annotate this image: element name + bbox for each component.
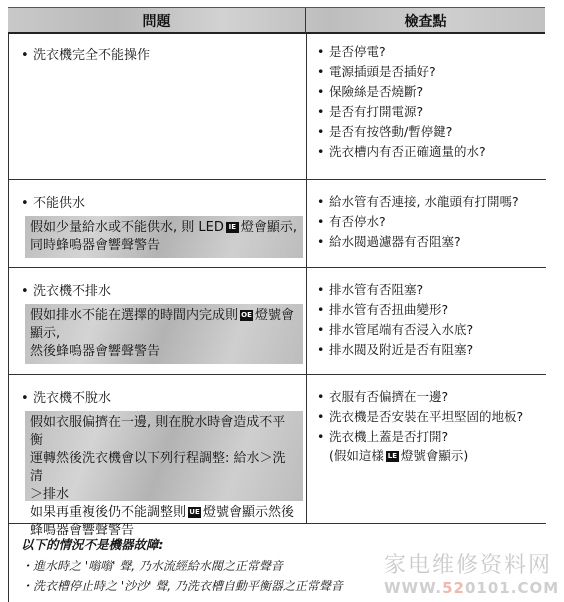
bullet-icon: • [317,280,329,300]
table-header: 問題 檢查點 [8,7,545,34]
check-item: •洗衣槽内有否正確適量的水? [317,142,486,162]
bullet-icon: • [317,300,329,320]
troubleshooting-table: •洗衣機完全不能操作 •是否停電? •電源插頭是否插好? •保險絲是否燒斷? •… [8,34,545,524]
bullet-icon: • [317,407,329,427]
check-item: •洗衣機上蓋是否打開? [317,427,523,447]
bullet-icon: • [317,387,329,407]
check-item: •排水閥及附近是否有阻塞? [317,340,473,360]
check-cell: •衣服有否偏擠在一邊? •洗衣機是否安裝在平坦堅固的地板? •洗衣機上蓋是否打開… [307,375,546,523]
check-item: •保險絲是否燒斷? [317,82,486,102]
watermark: 家电维修资料网 WWW.520101.COM [384,548,564,597]
check-item: •電源插頭是否插好? [317,62,486,82]
problem-title: •洗衣機完全不能操作 [21,44,150,63]
check-item: •衣服有否偏擠在一邊? [317,387,523,407]
problem-cell: •洗衣機不脫水 假如衣服偏擠在一邊, 則在脫水時會造成不平衡 運轉然後洗衣機會以… [9,375,306,523]
check-item: •給水管有否連接, 水龍頭有打開嗎? [317,192,519,212]
check-list: •是否停電? •電源插頭是否插好? •保險絲是否燒斷? •是否有打開電源? •是… [317,42,486,162]
bullet-icon: • [317,102,329,122]
check-cell: •是否停電? •電源插頭是否插好? •保險絲是否燒斷? •是否有打開電源? •是… [307,34,546,179]
note-heading: 以下的情況不是機器故障: [21,535,164,553]
check-item: •洗衣機是否安裝在平坦堅固的地板? [317,407,523,427]
check-sub-note: (假如這樣LE燈號會顯示) [317,447,523,465]
check-cell: •給水管有否連接, 水龍頭有打開嗎? •有否停水? •給水閥過濾器有否阻塞? [307,180,546,267]
note-box: 假如少量給水或不能供水, 則 LEDIE燈會顯示, 同時蜂鳴器會響聲警告 [25,216,303,258]
note-item: ・洗衣槽停止時之 '沙沙' 聲, 乃洗衣槽自動平衡器之正常聲音 [21,577,343,594]
led-oe-icon: OE [240,310,253,321]
check-list: •排水管有否阻塞? •排水管有否扭曲變形? •排水管尾端有否浸入水底? •排水閥… [317,280,473,360]
bullet-icon: • [317,427,329,447]
note-box: 假如衣服偏擠在一邊, 則在脫水時會造成不平衡 運轉然後洗衣機會以下列行程調整: … [25,411,303,501]
table-row-no-water-supply: •不能供水 假如少量給水或不能供水, 則 LEDIE燈會顯示, 同時蜂鳴器會響聲… [9,180,546,268]
check-item: •排水管有否阻塞? [317,280,473,300]
table-row-no-drain: •洗衣機不排水 假如排水不能在選擇的時間内完成則OE燈號會顯示, 然後蜂鳴器會響… [9,268,546,375]
check-list: •衣服有否偏擠在一邊? •洗衣機是否安裝在平坦堅固的地板? •洗衣機上蓋是否打開… [317,387,523,465]
bullet-icon: • [317,42,329,62]
bullet-icon: • [317,340,329,360]
problem-cell: •不能供水 假如少量給水或不能供水, 則 LEDIE燈會顯示, 同時蜂鳴器會響聲… [9,180,306,267]
table-row-no-operation: •洗衣機完全不能操作 •是否停電? •電源插頭是否插好? •保險絲是否燒斷? •… [9,34,546,180]
check-item: •是否有按啓動/暫停鍵? [317,122,486,142]
note-item: ・進水時之 '嗡嗡' 聲, 乃水流經給水閥之正常聲音 [21,557,283,574]
problem-title: •不能供水 [21,192,85,211]
watermark-url: WWW.520101.COM [384,579,564,597]
bullet-icon: • [317,142,329,162]
bullet-icon: • [317,62,329,82]
bullet-icon: • [21,391,33,406]
problem-cell: •洗衣機完全不能操作 [9,34,306,179]
problem-cell: •洗衣機不排水 假如排水不能在選擇的時間内完成則OE燈號會顯示, 然後蜂鳴器會響… [9,268,306,374]
check-list: •給水管有否連接, 水龍頭有打開嗎? •有否停水? •給水閥過濾器有否阻塞? [317,192,519,252]
check-item: •是否有打開電源? [317,102,486,122]
header-check-points: 檢查點 [305,8,545,33]
bullet-icon: • [317,320,329,340]
check-item: •是否停電? [317,42,486,62]
led-ie-icon: IE [226,222,239,233]
header-problem: 問題 [8,8,305,33]
table-row-no-spin: •洗衣機不脫水 假如衣服偏擠在一邊, 則在脫水時會造成不平衡 運轉然後洗衣機會以… [9,375,546,524]
check-item: •排水管有否扭曲變形? [317,300,473,320]
watermark-chinese: 家电维修资料网 [384,548,564,579]
bullet-icon: • [317,122,329,142]
bullet-icon: • [21,284,33,299]
check-item: •有否停水? [317,212,519,232]
check-item: •給水閥過濾器有否阻塞? [317,232,519,252]
led-le-icon: LE [386,451,399,462]
problem-title: •洗衣機不排水 [21,280,111,299]
problem-title: •洗衣機不脫水 [21,387,111,406]
troubleshooting-page: 問題 檢查點 •洗衣機完全不能操作 •是否停電? •電源插頭是否插好? •保險絲… [0,0,564,602]
check-item: •排水管尾端有否浸入水底? [317,320,473,340]
check-cell: •排水管有否阻塞? •排水管有否扭曲變形? •排水管尾端有否浸入水底? •排水閥… [307,268,546,374]
bullet-icon: • [21,196,33,211]
led-ue-icon: UE [188,507,201,518]
bullet-icon: • [317,212,329,232]
bullet-icon: • [317,232,329,252]
bullet-icon: • [317,192,329,212]
bullet-icon: • [21,48,33,63]
note-box: 假如排水不能在選擇的時間内完成則OE燈號會顯示, 然後蜂鳴器會響聲警告 [25,304,303,364]
bullet-icon: • [317,82,329,102]
